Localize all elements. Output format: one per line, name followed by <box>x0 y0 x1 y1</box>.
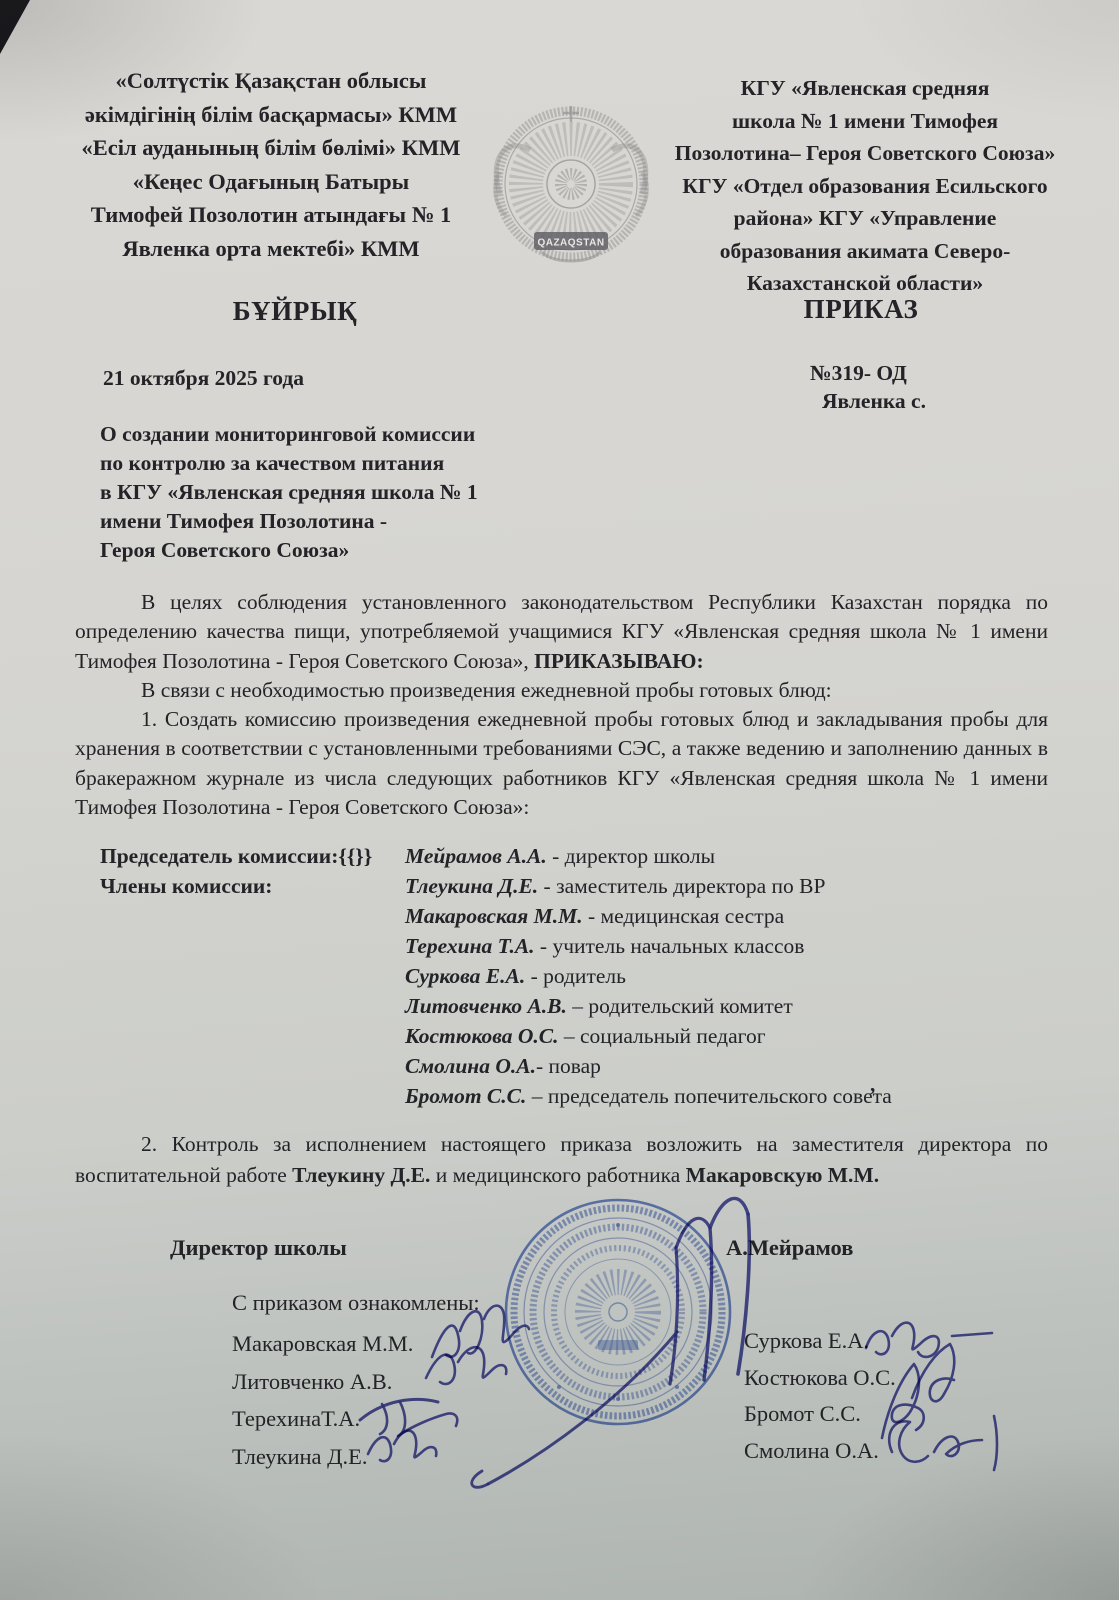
signature-tleukina <box>358 1418 454 1468</box>
paragraph-item1: 1. Создать комиссию произведения ежеднев… <box>75 705 1048 823</box>
commission-row: Макаровская М.М. - медицинская сестра <box>405 901 892 931</box>
commission-row: Мейрамов А.А. - директор школы <box>405 841 892 871</box>
paragraph-daily-sampling: В связи с необходимостью произведения еж… <box>75 676 1048 705</box>
control-name-tleukina: Тлеукину Д.Е. <box>292 1163 430 1187</box>
kazakhstan-coat-of-arms-icon: QAZAQSTAN <box>486 92 656 276</box>
commission-row: Литовченко А.В. – родительский комитет <box>405 991 892 1021</box>
commission-row: Бромот С.С. – председатель попечительско… <box>405 1081 892 1111</box>
emblem-banner-text: QAZAQSTAN <box>537 238 604 249</box>
signature-smolina <box>876 1410 1028 1476</box>
header-org-kazakh: «Солтүстік Қазақстан облысы әкімдігінің … <box>73 64 469 265</box>
commission-labels: Председатель комиссии:{{}}Члены комиссии… <box>100 841 405 1111</box>
order-number: №319- ОД <box>810 361 907 386</box>
order-place: Явленка с. <box>822 389 926 414</box>
prikazyvayu-keyword: ПРИКАЗЫВАЮ: <box>534 649 704 673</box>
stray-pen-mark: ’ <box>869 1083 876 1108</box>
commission-row: Тлеукина Д.Е. - заместитель директора по… <box>405 871 892 901</box>
order-date: 21 октября 2025 года <box>103 366 304 391</box>
order-subject: О создании мониторинговой комиссии по ко… <box>100 420 478 565</box>
commission-row: Терехина Т.А. - учитель начальных классо… <box>405 931 892 961</box>
commission-row: Костюкова О.С. – социальный педагог <box>405 1021 892 1051</box>
commission-members: Мейрамов А.А. - директор школы Тлеукина … <box>405 841 892 1111</box>
scanned-order-document: «Солтүстік Қазақстан облысы әкімдігінің … <box>0 0 1119 1600</box>
order-title-russian: ПРИКАЗ <box>645 294 1077 325</box>
members-label: Члены комиссии: <box>100 874 272 898</box>
paragraph-purpose: В целях соблюдения установленного законо… <box>75 588 1048 676</box>
header-org-russian: КГУ «Явленская средняя школа № 1 имени Т… <box>645 72 1085 300</box>
scan-corner-shadow <box>0 0 30 54</box>
commission-row: Суркова Е.А. - родитель <box>405 961 892 991</box>
chair-label: Председатель комиссии: <box>100 844 338 868</box>
order-title-kazakh: БҰЙРЫҚ <box>128 296 462 327</box>
commission-row: Смолина О.А.- повар <box>405 1051 892 1081</box>
commission-list: Председатель комиссии:{{}}Члены комиссии… <box>100 841 892 1111</box>
director-label: Директор школы <box>170 1235 347 1261</box>
